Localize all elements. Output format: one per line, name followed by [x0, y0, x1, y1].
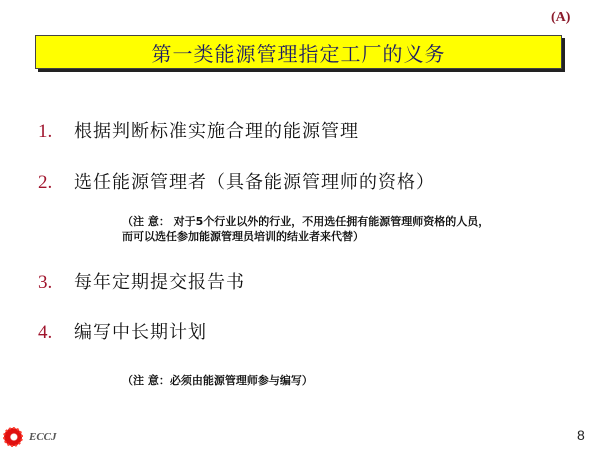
slide-title: 第一类能源管理指定工厂的义务 [152, 38, 446, 67]
list-item: 1. 根据判断标准实施合理的能源管理 [38, 117, 359, 143]
item-number: 2. [38, 172, 68, 194]
item-text: 根据判断标准实施合理的能源管理 [74, 117, 359, 143]
item-number: 3. [38, 272, 68, 294]
note-line: （注 意： 对于5个行业以外的行业，不用选任拥有能源管理师资格的人员， [122, 214, 489, 229]
list-item: 3. 每年定期提交报告书 [38, 268, 245, 294]
item-text: 每年定期提交报告书 [74, 268, 245, 294]
logo-text: ECCJ [29, 431, 57, 443]
note-block: （注 意：必须由能源管理师参与编写） [122, 373, 313, 388]
list-item: 4. 编写中长期计划 [38, 318, 207, 344]
slide-marker: (A) [551, 10, 570, 26]
page-number: 8 [577, 427, 585, 443]
list-item: 2. 选任能源管理者（具备能源管理师的资格） [38, 168, 435, 194]
note-line: 而可以选任参加能源管理员培训的结业者来代替） [122, 229, 489, 244]
item-text: 选任能源管理者（具备能源管理师的资格） [74, 168, 435, 194]
eccj-logo: ECCJ [4, 428, 57, 446]
note-block: （注 意： 对于5个行业以外的行业，不用选任拥有能源管理师资格的人员， 而可以选… [122, 214, 489, 244]
note-line: （注 意：必须由能源管理师参与编写） [122, 373, 313, 388]
eccj-logo-icon [4, 428, 22, 446]
title-box: 第一类能源管理指定工厂的义务 [35, 35, 562, 69]
item-number: 4. [38, 322, 68, 344]
item-text: 编写中长期计划 [74, 318, 207, 344]
item-number: 1. [38, 121, 68, 143]
